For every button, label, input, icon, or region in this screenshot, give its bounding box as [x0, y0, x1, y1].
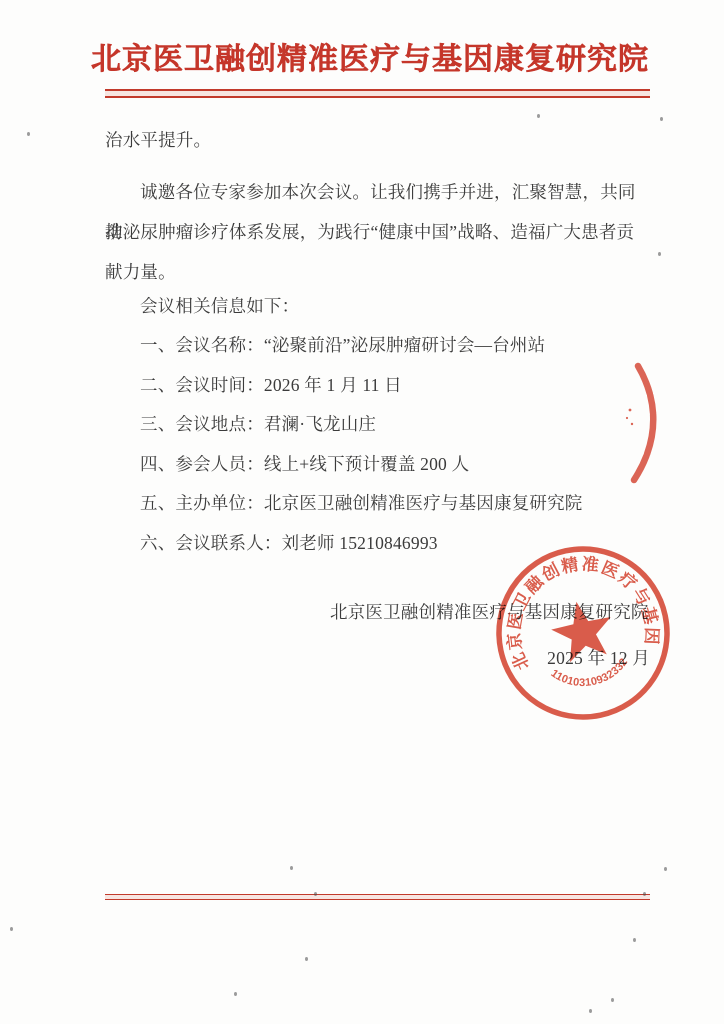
- scan-speck: [305, 957, 308, 961]
- scan-speck: [234, 992, 237, 996]
- info-item-place: 三、会议地点：君澜·飞龙山庄: [140, 405, 660, 445]
- invitation-paragraph: 诚邀各位专家参加本次会议。让我们携手并进，汇聚智慧，共同推 动泌尿肿瘤诊疗体系发…: [105, 172, 645, 292]
- scan-speck: [611, 998, 614, 1002]
- info-item-attendees: 四、参会人员：线上+线下预计覆盖 200 人: [140, 445, 660, 485]
- scan-speck: [664, 867, 667, 871]
- info-item-host: 五、主办单位：北京医卫融创精准医疗与基因康复研究院: [140, 484, 660, 524]
- scan-speck: [589, 1009, 592, 1013]
- scan-speck: [537, 114, 540, 118]
- paragraph-line: 动泌尿肿瘤诊疗体系发展，为践行“健康中国”战略、造福广大患者贡: [105, 212, 645, 252]
- seal-serial-number: 11010310932332: [547, 652, 634, 697]
- scan-speck: [314, 892, 317, 896]
- letterhead-title: 北京医卫融创精准医疗与基因康复研究院: [90, 40, 650, 80]
- scan-speck: [643, 892, 646, 896]
- scan-speck: [10, 927, 13, 931]
- scan-speck: [658, 252, 661, 256]
- letterhead-divider: [105, 89, 650, 98]
- info-item-time: 二、会议时间：2026 年 1 月 11 日: [140, 366, 660, 406]
- svg-text:11010310932332: 11010310932332: [547, 652, 634, 697]
- official-seal: 北京医卫融创精准医疗与基因康复研究院 11010310932332: [493, 543, 673, 723]
- seal-star-icon: [547, 595, 619, 664]
- scan-speck: [27, 132, 30, 136]
- scan-speck: [290, 866, 293, 870]
- meeting-info-list: 一、会议名称：“泌聚前沿”泌尿肿瘤研讨会—台州站 二、会议时间：2026 年 1…: [140, 326, 660, 563]
- info-item-name: 一、会议名称：“泌聚前沿”泌尿肿瘤研讨会—台州站: [140, 326, 660, 366]
- scan-speck: [660, 117, 663, 121]
- footer-divider: [105, 894, 650, 900]
- paragraph-line: 诚邀各位专家参加本次会议。让我们携手并进，汇聚智慧，共同推: [105, 172, 645, 212]
- stamp-edge-artifact-icon: [620, 358, 670, 488]
- scan-speck: [633, 938, 636, 942]
- info-intro-line: 会议相关信息如下：: [140, 286, 640, 326]
- body-opening-line: 治水平提升。: [105, 120, 650, 160]
